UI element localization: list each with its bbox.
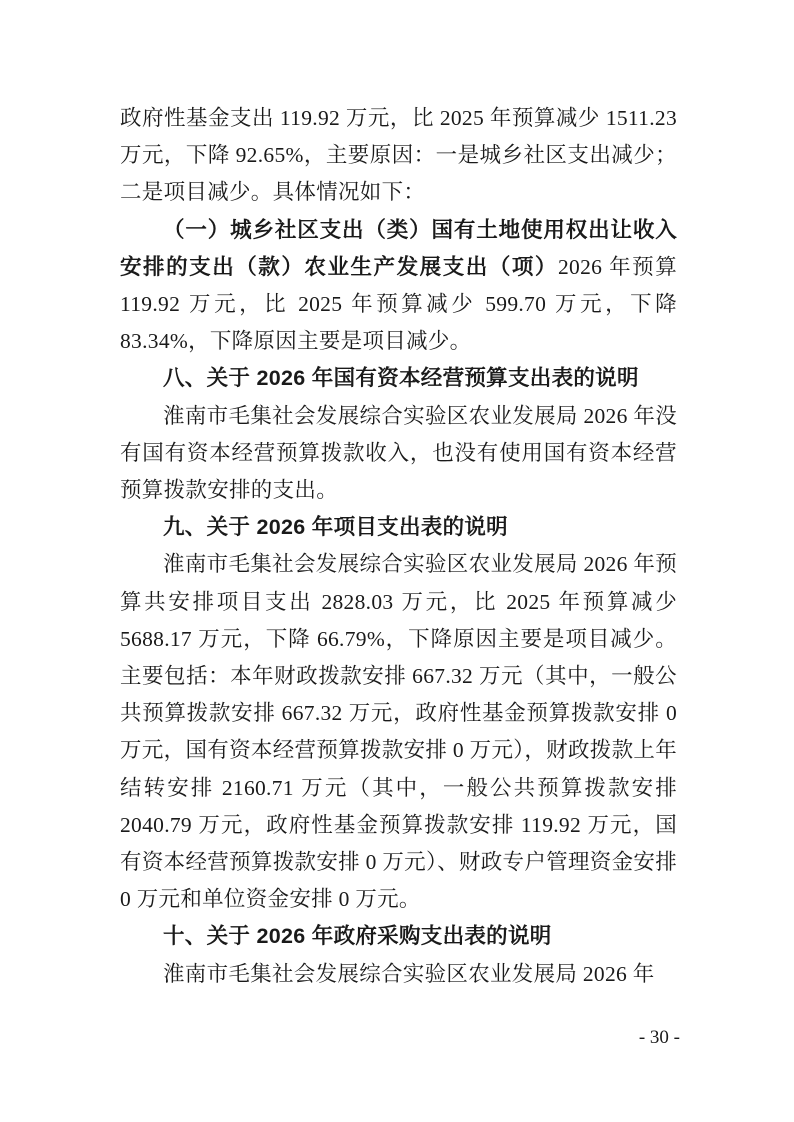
page-number: - 30 - xyxy=(639,1027,680,1048)
heading-section-9: 九、关于 2026 年项目支出表的说明 xyxy=(120,509,677,546)
page-footer: - 30 - xyxy=(120,1026,680,1050)
paragraph-item1: （一）城乡社区支出（类）国有土地使用权出让收入安排的支出（款）农业生产发展支出（… xyxy=(120,212,677,361)
document-content: 政府性基金支出 119.92 万元，比 2025 年预算减少 1511.23 万… xyxy=(120,100,677,993)
document-page: 政府性基金支出 119.92 万元，比 2025 年预算减少 1511.23 万… xyxy=(0,0,794,1122)
heading-section-8: 八、关于 2026 年国有资本经营预算支出表的说明 xyxy=(120,360,677,397)
paragraph-govfund-summary: 政府性基金支出 119.92 万元，比 2025 年预算减少 1511.23 万… xyxy=(120,100,677,212)
paragraph-section-9: 淮南市毛集社会发展综合实验区农业发展局 2026 年预算共安排项目支出 2828… xyxy=(120,546,677,918)
paragraph-section-10: 淮南市毛集社会发展综合实验区农业发展局 2026 年 xyxy=(120,956,677,993)
heading-section-10: 十、关于 2026 年政府采购支出表的说明 xyxy=(120,918,677,955)
paragraph-section-8: 淮南市毛集社会发展综合实验区农业发展局 2026 年没有国有资本经营预算拨款收入… xyxy=(120,398,677,510)
